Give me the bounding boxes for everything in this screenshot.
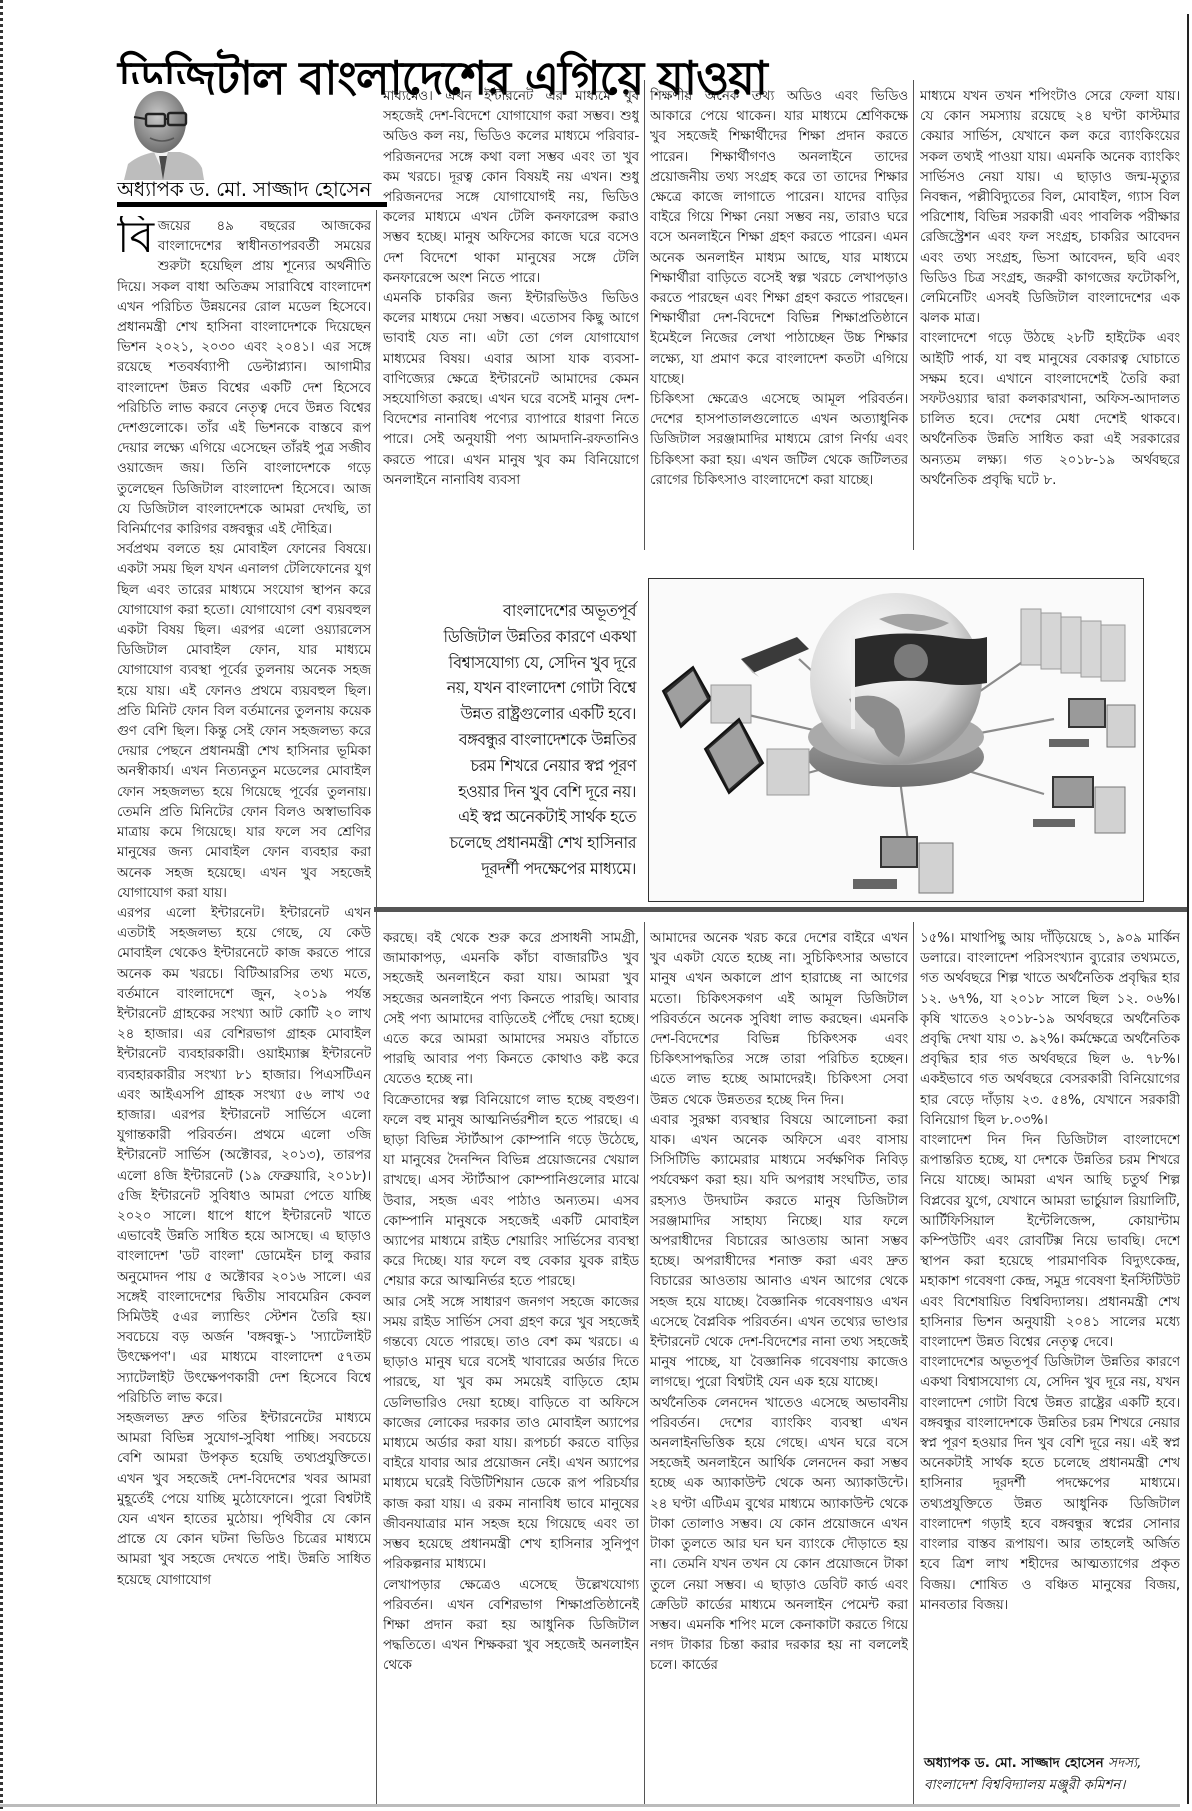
paragraph: করছে। বই থেকে শুরু করে প্রসাধনী সামগ্রী,… (383, 928, 639, 1090)
dropcap: বি (117, 218, 154, 258)
paragraph: এমনকি চাকরির জন্য ইন্টারভিউও ভিডিও কলের … (383, 288, 639, 490)
author-photo (118, 84, 204, 180)
paragraph: মাধ্যমেও। এখন ইন্টারনেট এর মাধ্যমে খুব স… (383, 86, 639, 288)
column-divider (376, 210, 377, 1806)
paragraph: আমাদের অনেক খরচ করে দেশের বাইরে এখন খুব … (650, 928, 908, 1110)
paragraph: মাধ্যমে যখন তখন শপিংটাও সেরে ফেলা যায়। … (920, 86, 1180, 328)
pull-quote: বাংলাদেশের অভূতপূর্ব ডিজিটাল উন্নতির কার… (378, 598, 636, 898)
network-globe-illustration-icon (649, 579, 1143, 901)
author-underline-bar (117, 202, 387, 207)
section-divider-rule (374, 907, 1187, 912)
pull-quote-line: বাংলাদেশের অভূতপূর্ব (378, 598, 636, 624)
page-edge-dotted (0, 0, 3, 1811)
signature-role: সদস্য, (1108, 1755, 1141, 1771)
paragraph: ১৫%। মাথাপিছু আয় দাঁড়িয়েছে ১, ৯০৯ মার… (920, 928, 1180, 1130)
column-divider (913, 922, 914, 1804)
paragraph: অর্থনৈতিক লেনদেন খাতেও এসেছে অভাবনীয় পর… (650, 1393, 908, 1676)
column-3-bottom: আমাদের অনেক খরচ করে দেশের বাইরে এখন খুব … (650, 928, 908, 1804)
paragraph: শিক্ষণীয় অনেক তথ্য অডিও এবং ভিডিও আকারে… (650, 86, 908, 389)
paragraph: বাংলাদেশে গড়ে উঠছে ২৮টি হাইটেক এবং আইটি… (920, 328, 1180, 490)
pull-quote-line: ডিজিটাল উন্নতির কারণে একথা (378, 624, 636, 650)
pull-quote-line: হওয়ার দিন খুব বেশি দূরে নয়। (378, 779, 636, 805)
author-portrait-icon (118, 84, 204, 180)
paragraph: আর সেই সঙ্গে সাধারণ জনগণ সহজে কাজের সময়… (383, 1292, 639, 1575)
pull-quote-line: নয়, যখন বাংলাদেশ গোটা বিশ্বে (378, 675, 636, 701)
pull-quote-line: বিশ্বাসযোগ্য যে, সেদিন খুব দূরে (378, 650, 636, 676)
column-1: বিজয়ের ৪৯ বছরের আজকের বাংলাদেশের স্বাধী… (117, 216, 371, 1806)
author-byline: অধ্যাপক ড. মো. সাজ্জাদ হোসেন (117, 176, 389, 202)
signature-organization: বাংলাদেশ বিশ্ববিদ্যালয় মঞ্জুরী কমিশন। (924, 1774, 1186, 1796)
column-divider (913, 80, 914, 550)
pull-quote-line: এই স্বপ্ন অনেকটাই সার্থক হতে (378, 804, 636, 830)
right-border-rule (1187, 14, 1189, 1804)
column-4-top: মাধ্যমে যখন তখন শপিংটাও সেরে ফেলা যায়। … (920, 86, 1180, 548)
column-3-top: শিক্ষণীয় অনেক তথ্য অডিও এবং ভিডিও আকারে… (650, 86, 908, 548)
paragraph: বিজয়ের ৪৯ বছরের আজকের বাংলাদেশের স্বাধী… (117, 216, 371, 539)
column-divider (644, 922, 645, 1804)
signature-name: অধ্যাপক ড. মো. সাজ্জাদ হোসেন (924, 1755, 1104, 1771)
column-2-bottom: করছে। বই থেকে শুরু করে প্রসাধনী সামগ্রী,… (383, 928, 639, 1804)
pull-quote-line: বঙ্গবন্ধুর বাংলাদেশকে উন্নতির (378, 727, 636, 753)
article-figure (648, 578, 1144, 902)
pull-quote-line: চলেছে প্রধানমন্ত্রী শেখ হাসিনার (378, 830, 636, 856)
paragraph: বাংলাদেশ দিন দিন ডিজিটাল বাংলাদেশে রূপান… (920, 1130, 1180, 1352)
paragraph: চিকিৎসা ক্ষেত্রেও এসেছে আমূল পরিবর্তন। দ… (650, 389, 908, 490)
pull-quote-line: চরম শিখরে নেয়ার স্বপ্ন পূরণ (378, 753, 636, 779)
author-signature: অধ্যাপক ড. মো. সাজ্জাদ হোসেন সদস্য, বাংল… (924, 1752, 1186, 1796)
column-2-top: মাধ্যমেও। এখন ইন্টারনেট এর মাধ্যমে খুব স… (383, 86, 639, 548)
paragraph: সর্বপ্রথম বলতে হয় মোবাইল ফোনের বিষয়ে। … (117, 539, 371, 903)
paragraph: এরপর এলো ইন্টারনেট। ইন্টারনেট এখন এতটাই … (117, 903, 371, 1408)
bottom-border-rule (0, 1804, 1180, 1807)
column-4-bottom: ১৫%। মাথাপিছু আয় দাঁড়িয়েছে ১, ৯০৯ মার… (920, 928, 1180, 1740)
paragraph: বাংলাদেশের অভূতপূর্ব ডিজিটাল উন্নতির কার… (920, 1352, 1180, 1615)
paragraph: সহজলভ্য দ্রুত গতির ইন্টারনেটের মাধ্যমে আ… (117, 1408, 371, 1590)
pull-quote-line: উন্নত রাষ্ট্রগুলোর একটি হবে। (378, 701, 636, 727)
paragraph: লেখাপড়ার ক্ষেত্রেও এসেছে উল্লেখযোগ্য পর… (383, 1575, 639, 1676)
pull-quote-line: দূরদর্শী পদক্ষেপের মাধ্যমে। (378, 856, 636, 882)
paragraph: বিক্রেতাদের স্বল্প বিনিয়োগে লাভ হচ্ছে ব… (383, 1090, 639, 1292)
paragraph: এবার সুরক্ষা ব্যবস্থার বিষয়ে আলোচনা করা… (650, 1110, 908, 1393)
column-divider (644, 80, 645, 550)
